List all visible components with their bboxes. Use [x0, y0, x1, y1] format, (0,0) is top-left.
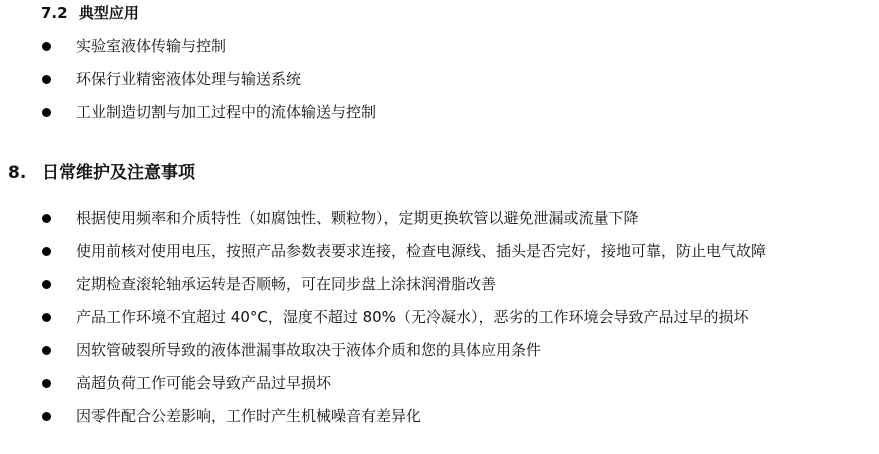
- list-item: 产品工作环境不宜超过 40°C，湿度不超过 80%（无冷凝水），恶劣的工作环境会…: [0, 306, 879, 339]
- list-item: 环保行业精密液体处理与输送系统: [0, 68, 879, 101]
- maintenance-notes-list: 根据使用频率和介质特性（如腐蚀性、颗粒物），定期更换软管以避免泄漏或流量下降 使…: [0, 207, 879, 438]
- bullet-icon: [42, 247, 51, 256]
- section-number: 7.2: [41, 4, 68, 22]
- typical-applications-list: 实验室液体传输与控制 环保行业精密液体处理与输送系统 工业制造切割与加工过程中的…: [0, 35, 879, 134]
- list-item: 实验室液体传输与控制: [0, 35, 879, 68]
- list-item: 使用前核对使用电压，按照产品参数表要求连接，检查电源线、插头是否完好，接地可靠，…: [0, 240, 879, 273]
- bullet-icon: [42, 42, 51, 51]
- bullet-icon: [42, 280, 51, 289]
- list-item: 工业制造切割与加工过程中的流体输送与控制: [0, 101, 879, 134]
- list-item: 因零件配合公差影响，工作时产生机械噪音有差异化: [0, 405, 879, 438]
- bullet-icon: [42, 313, 51, 322]
- section-7-2-heading: 7.2 典型应用: [41, 3, 139, 23]
- bullet-icon: [42, 108, 51, 117]
- list-item: 定期检查滚轮轴承运转是否顺畅，可在同步盘上涂抹润滑脂改善: [0, 273, 879, 306]
- section-8-heading: 8.日常维护及注意事项: [8, 162, 195, 184]
- bullet-icon: [42, 346, 51, 355]
- list-item: 因软管破裂所导致的液体泄漏事故取决于液体介质和您的具体应用条件: [0, 339, 879, 372]
- list-item: 高超负荷工作可能会导致产品过早损坏: [0, 372, 879, 405]
- bullet-icon: [42, 75, 51, 84]
- section-title: 典型应用: [79, 4, 139, 22]
- section-title: 日常维护及注意事项: [42, 163, 195, 183]
- section-number: 8.: [8, 162, 42, 184]
- list-item: 根据使用频率和介质特性（如腐蚀性、颗粒物），定期更换软管以避免泄漏或流量下降: [0, 207, 879, 240]
- bullet-icon: [42, 412, 51, 421]
- bullet-icon: [42, 214, 51, 223]
- bullet-icon: [42, 379, 51, 388]
